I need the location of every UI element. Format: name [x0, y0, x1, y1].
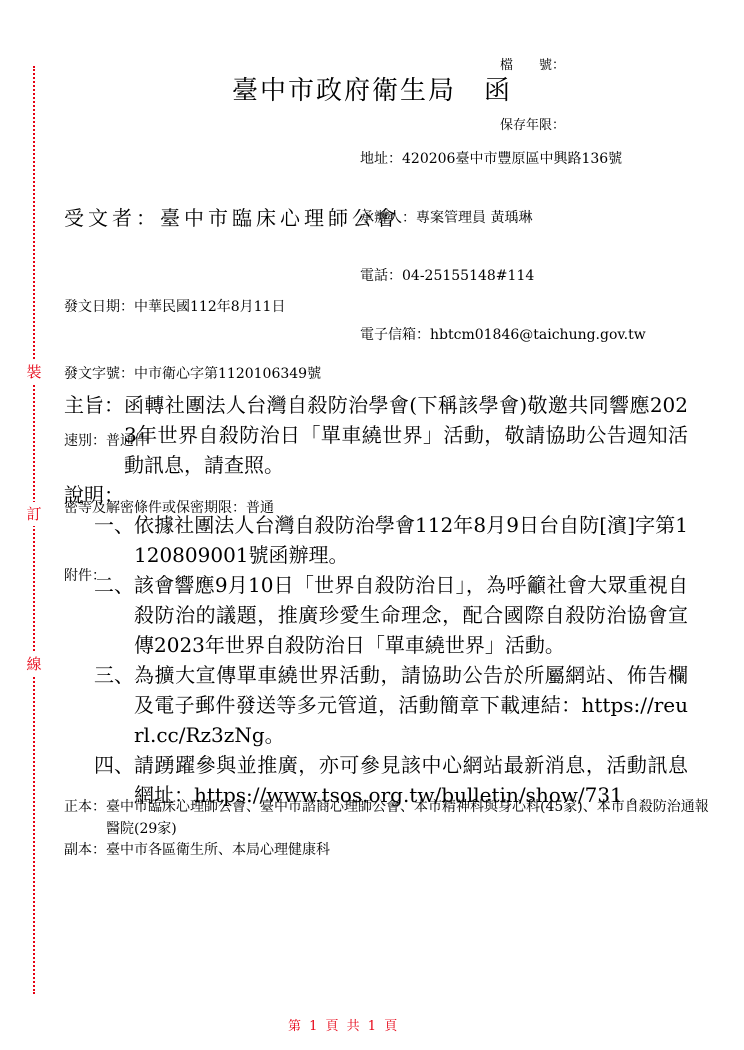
sender-email: 電子信箱：hbtcm01846@taichung.gov.tw: [360, 326, 646, 346]
subject-label: 主旨：: [64, 390, 124, 480]
carbon-copy-label: 副本：: [64, 840, 106, 862]
original-copy-line: 正本： 臺中市臨床心理師公會、臺中市諮商心理師公會、本市精神科與身心科(45家)…: [64, 797, 716, 840]
item-3-number: 三、: [94, 660, 134, 750]
subject-text: 函轉社團法人台灣自殺防治學會(下稱該學會)敬邀共同響應2023年世界自殺防治日「…: [124, 390, 688, 480]
binding-dotted-line: [33, 66, 35, 994]
item-2-number: 二、: [94, 570, 134, 660]
sender-contact-person: 承辦人：專案管理員 黃瑀琳: [360, 209, 646, 229]
binding-mark-ding: 訂: [24, 502, 44, 526]
document-title: 臺中市政府衛生局 函: [0, 70, 744, 107]
item-1-number: 一、: [94, 510, 134, 570]
sender-phone: 電話：04-25155148#114: [360, 267, 646, 287]
original-copy-recipients: 臺中市臨床心理師公會、臺中市諮商心理師公會、本市精神科與身心科(45家)、本市自…: [106, 797, 716, 840]
original-copy-label: 正本：: [64, 797, 106, 840]
binding-mark-zhuang: 裝: [24, 360, 44, 384]
item-1: 一、 依據社團法人台灣自殺防治學會112年8月9日台自防[濱]字第1120809…: [94, 510, 688, 570]
item-3: 三、 為擴大宣傳單車繞世界活動，請協助公告於所屬網站、佈告欄及電子郵件發送等多元…: [94, 660, 688, 750]
official-letter-page: { "doc": { "file_no_label": "檔 號：", "ret…: [0, 0, 744, 1050]
carbon-copy-line: 副本： 臺中市各區衛生所、本局心理健康科: [64, 840, 716, 862]
issue-number-line: 發文字號：中市衛心字第1120106349號: [64, 363, 321, 385]
binding-mark-xian: 線: [24, 652, 44, 676]
sender-address: 地址：420206臺中市豐原區中興路136號: [360, 150, 646, 170]
subject-paragraph: 主旨： 函轉社團法人台灣自殺防治學會(下稱該學會)敬邀共同響應2023年世界自殺…: [64, 390, 688, 480]
letter-body: 主旨： 函轉社團法人台灣自殺防治學會(下稱該學會)敬邀共同響應2023年世界自殺…: [64, 390, 688, 810]
page-number-footer: 第 1 頁 共 1 頁: [288, 1015, 399, 1034]
carbon-copy-recipients: 臺中市各區衛生所、本局心理健康科: [106, 840, 716, 862]
item-2-text: 該會響應9月10日「世界自殺防治日」，為呼籲社會大眾重視自殺防治的議題，推廣珍愛…: [134, 570, 688, 660]
sender-contact-block: 地址：420206臺中市豐原區中興路136號 承辦人：專案管理員 黃瑀琳 電話：…: [360, 111, 646, 365]
copy-to-block: 正本： 臺中市臨床心理師公會、臺中市諮商心理師公會、本市精神科與身心科(45家)…: [64, 797, 716, 862]
item-1-text: 依據社團法人台灣自殺防治學會112年8月9日台自防[濱]字第1120809001…: [134, 510, 688, 570]
item-3-text: 為擴大宣傳單車繞世界活動，請協助公告於所屬網站、佈告欄及電子郵件發送等多元管道，…: [134, 660, 688, 750]
description-items: 一、 依據社團法人台灣自殺防治學會112年8月9日台自防[濱]字第1120809…: [94, 510, 688, 810]
item-2: 二、 該會響應9月10日「世界自殺防治日」，為呼籲社會大眾重視自殺防治的議題，推…: [94, 570, 688, 660]
description-label: 說明：: [64, 480, 688, 510]
recipient-line: 受文者：臺中市臨床心理師公會: [64, 202, 400, 231]
issue-date-line: 發文日期：中華民國112年8月11日: [64, 296, 321, 318]
